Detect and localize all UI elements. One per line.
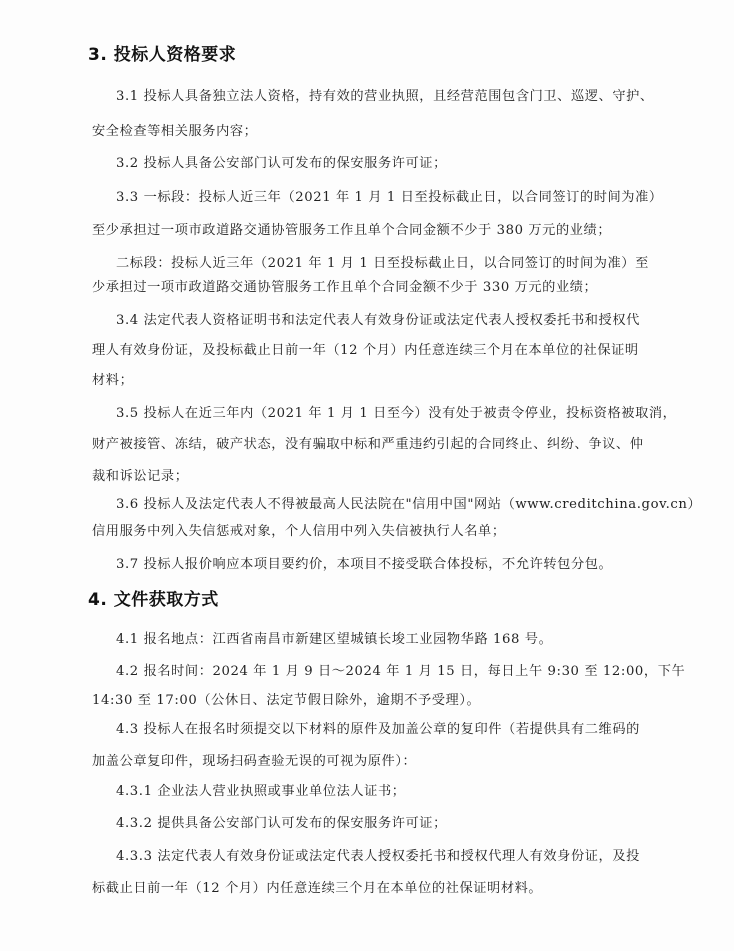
paragraph-line: 3.7 投标人报价响应本项目要约价，本项目不接受联合体投标，不允许转包分包。 [116,553,612,572]
paragraph-line: 4.2 报名时间：2024 年 1 月 9 日～2024 年 1 月 15 日，… [116,660,685,679]
paragraph-line: 4.3 投标人在报名时须提交以下材料的原件及加盖公章的复印件（若提供具有二维码的 [116,718,640,737]
paragraph-line: 4.1 报名地点：江西省南昌市新建区望城镇长埈工业园物华路 168 号。 [116,628,552,647]
paragraph-line: 标截止日前一年（12 个月）内任意连续三个月在本单位的社保证明材料。 [92,877,542,896]
paragraph-line: 3.1 投标人具备独立法人资格，持有效的营业执照，且经营范围包含门卫、巡逻、守护… [116,85,654,104]
paragraph-line: 3.4 法定代表人资格证明书和法定代表人有效身份证或法定代表人授权委托书和授权代 [116,309,640,328]
document-page: 3. 投标人资格要求 3.1 投标人具备独立法人资格，持有效的营业执照，且经营范… [0,0,734,951]
paragraph-line: 4.3.2 提供具备公安部门认可发布的保安服务许可证； [116,812,447,831]
paragraph-line: 3.3 一标段：投标人近三年（2021 年 1 月 1 日至投标截止日，以合同签… [116,186,663,205]
paragraph-line: 二标段：投标人近三年（2021 年 1 月 1 日至投标截止日，以合同签订的时间… [116,252,649,271]
paragraph-line: 3.2 投标人具备公安部门认可发布的保安服务许可证； [116,152,447,171]
paragraph-line: 理人有效身份证，及投标截止日前一年（12 个月）内任意连续三个月在本单位的社保证… [92,339,639,358]
section-heading-document-acquisition: 4. 文件获取方式 [88,585,219,610]
paragraph-line: 信用服务中列入失信惩戒对象，个人信用中列入失信被执行人名单； [92,520,506,539]
paragraph-line: 3.5 投标人在近三年内（2021 年 1 月 1 日至今）没有处于被责令停业，… [116,402,676,421]
paragraph-line: 4.3.3 法定代表人有效身份证或法定代表人授权委托书和授权代理人有效身份证，及… [116,845,640,864]
section-heading-qualifications: 3. 投标人资格要求 [88,40,236,65]
paragraph-line: 3.6 投标人及法定代表人不得被最高人民法院在"信用中国"网站（www.cred… [116,493,701,512]
paragraph-line: 4.3.1 企业法人营业执照或事业单位法人证书； [116,780,406,799]
paragraph-line: 财产被接管、冻结，破产状态，没有骗取中标和严重违约引起的合同终止、纠纷、争议、仲 [92,433,644,452]
paragraph-line: 加盖公章复印件，现场扫码查验无误的可视为原件）： [92,750,416,769]
paragraph-line: 14:30 至 17:00（公休日、法定节假日除外，逾期不予受理）。 [92,689,480,708]
paragraph-line: 安全检查等相关服务内容； [92,120,257,139]
paragraph-line: 少承担过一项市政道路交通协管服务工作且单个合同金额不少于 330 万元的业绩； [92,276,597,295]
paragraph-line: 材料； [92,369,133,388]
paragraph-line: 裁和诉讼记录； [92,465,189,484]
paragraph-line: 至少承担过一项市政道路交通协管服务工作且单个合同金额不少于 380 万元的业绩； [92,219,611,238]
